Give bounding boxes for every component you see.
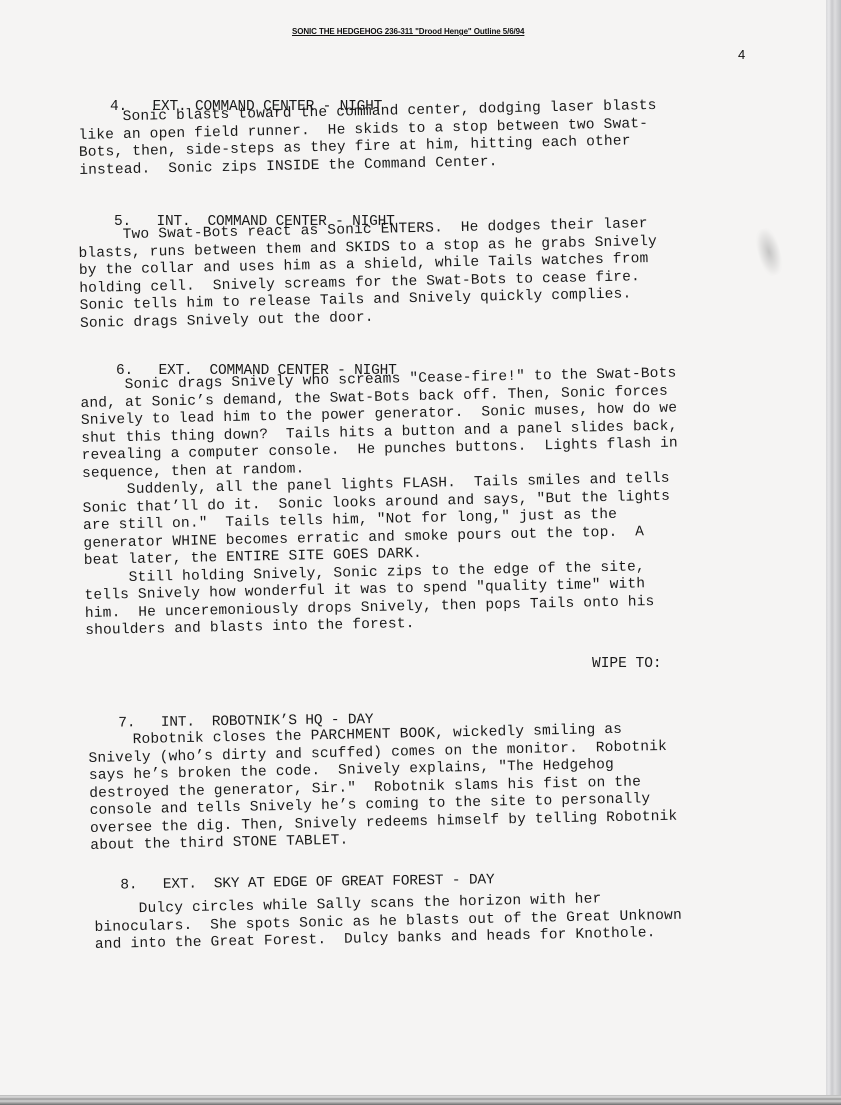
document-header: SONIC THE HEDGEHOG 236-311 "Drood Henge"… [292, 27, 524, 36]
transition-wipe: WIPE TO: [592, 656, 662, 672]
scene-number: 8. [120, 877, 137, 893]
scene-number: 7. [118, 715, 135, 731]
scene-4-action: Sonic blasts toward the command center, … [78, 96, 759, 180]
scene-slug: EXT. SKY AT EDGE OF GREAT FOREST - DAY [163, 872, 495, 893]
scene-6-action: Sonic drags Snively who screams "Cease-f… [80, 364, 765, 641]
script-page: SONIC THE HEDGEHOG 236-311 "Drood Henge"… [0, 0, 826, 1098]
page-stack-edge-right [826, 0, 841, 1105]
scene-7-action: Robotnik closes the PARCHMENT BOOK, wick… [88, 719, 770, 856]
scene-5-action: Two Swat-Bots react as Sonic ENTERS. He … [78, 214, 760, 333]
page-number: 4 [738, 47, 745, 62]
page-stack-edge-bottom [0, 1095, 841, 1105]
